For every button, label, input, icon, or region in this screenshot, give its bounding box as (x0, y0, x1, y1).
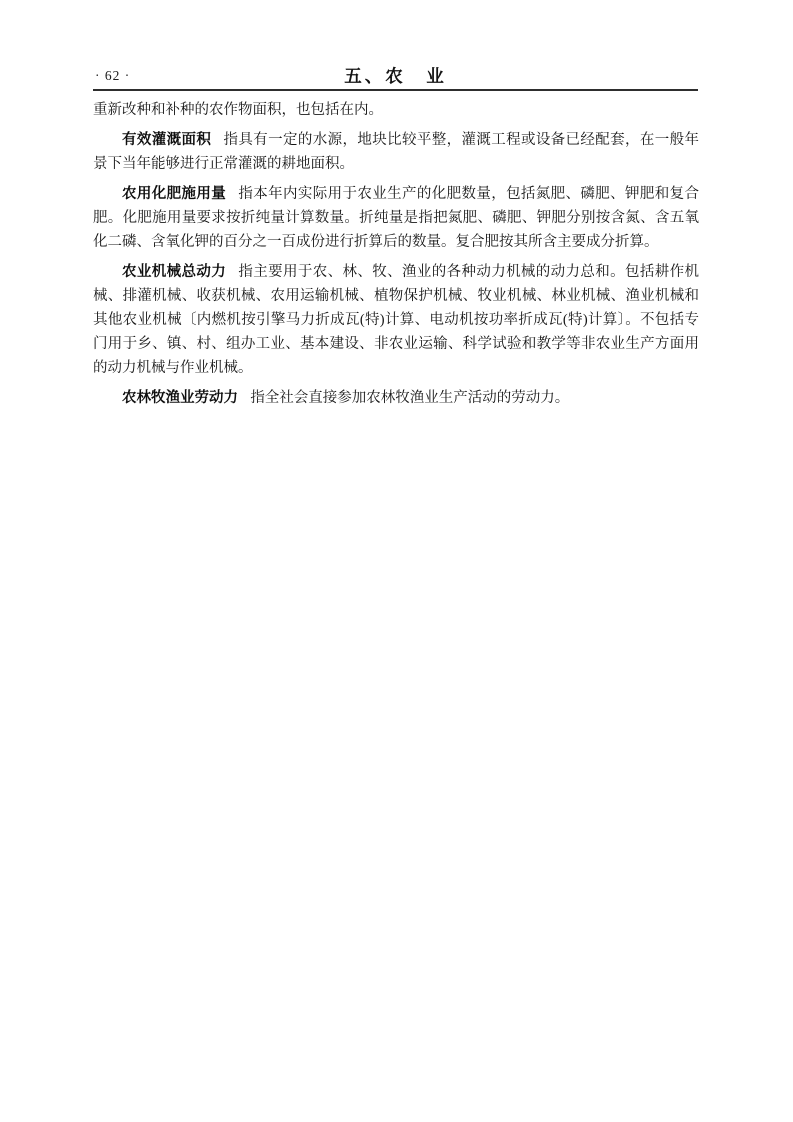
term-label: 农用化肥施用量 (122, 186, 226, 202)
paragraph-definition-fertilizer-use: 农用化肥施用量指本年内实际用于农业生产的化肥数量，包括氮肥、磷肥、钾肥和复合肥。… (93, 182, 699, 254)
page-number: · 62 · (95, 68, 130, 84)
paragraph-continuation: 重新改种和补种的农作物面积，也包括在内。 (93, 98, 699, 122)
term-label: 农业机械总动力 (122, 264, 226, 280)
section-title: 五、农 业 (93, 62, 698, 88)
paragraph-definition-irrigated-area: 有效灌溉面积指具有一定的水源，地块比较平整，灌溉工程或设备已经配套，在一般年景下… (93, 128, 699, 176)
paragraph-text: 指主要用于农、林、牧、渔业的各种动力机械的动力总和。包括耕作机械、排灌机械、收获… (93, 264, 699, 376)
page-content: 重新改种和补种的农作物面积，也包括在内。 有效灌溉面积指具有一定的水源，地块比较… (93, 98, 699, 416)
term-label: 有效灌溉面积 (122, 132, 211, 148)
page-header: · 62 · 五、农 业 (93, 62, 698, 91)
paragraph-definition-machinery-power: 农业机械总动力指主要用于农、林、牧、渔业的各种动力机械的动力总和。包括耕作机械、… (93, 260, 699, 380)
paragraph-text: 指全社会直接参加农林牧渔业生产活动的劳动力。 (250, 390, 569, 406)
paragraph-definition-labor-force: 农林牧渔业劳动力指全社会直接参加农林牧渔业生产活动的劳动力。 (93, 386, 699, 410)
term-label: 农林牧渔业劳动力 (122, 390, 238, 406)
paragraph-text: 重新改种和补种的农作物面积，也包括在内。 (93, 102, 383, 118)
document-page: · 62 · 五、农 业 重新改种和补种的农作物面积，也包括在内。 有效灌溉面积… (0, 0, 793, 1122)
